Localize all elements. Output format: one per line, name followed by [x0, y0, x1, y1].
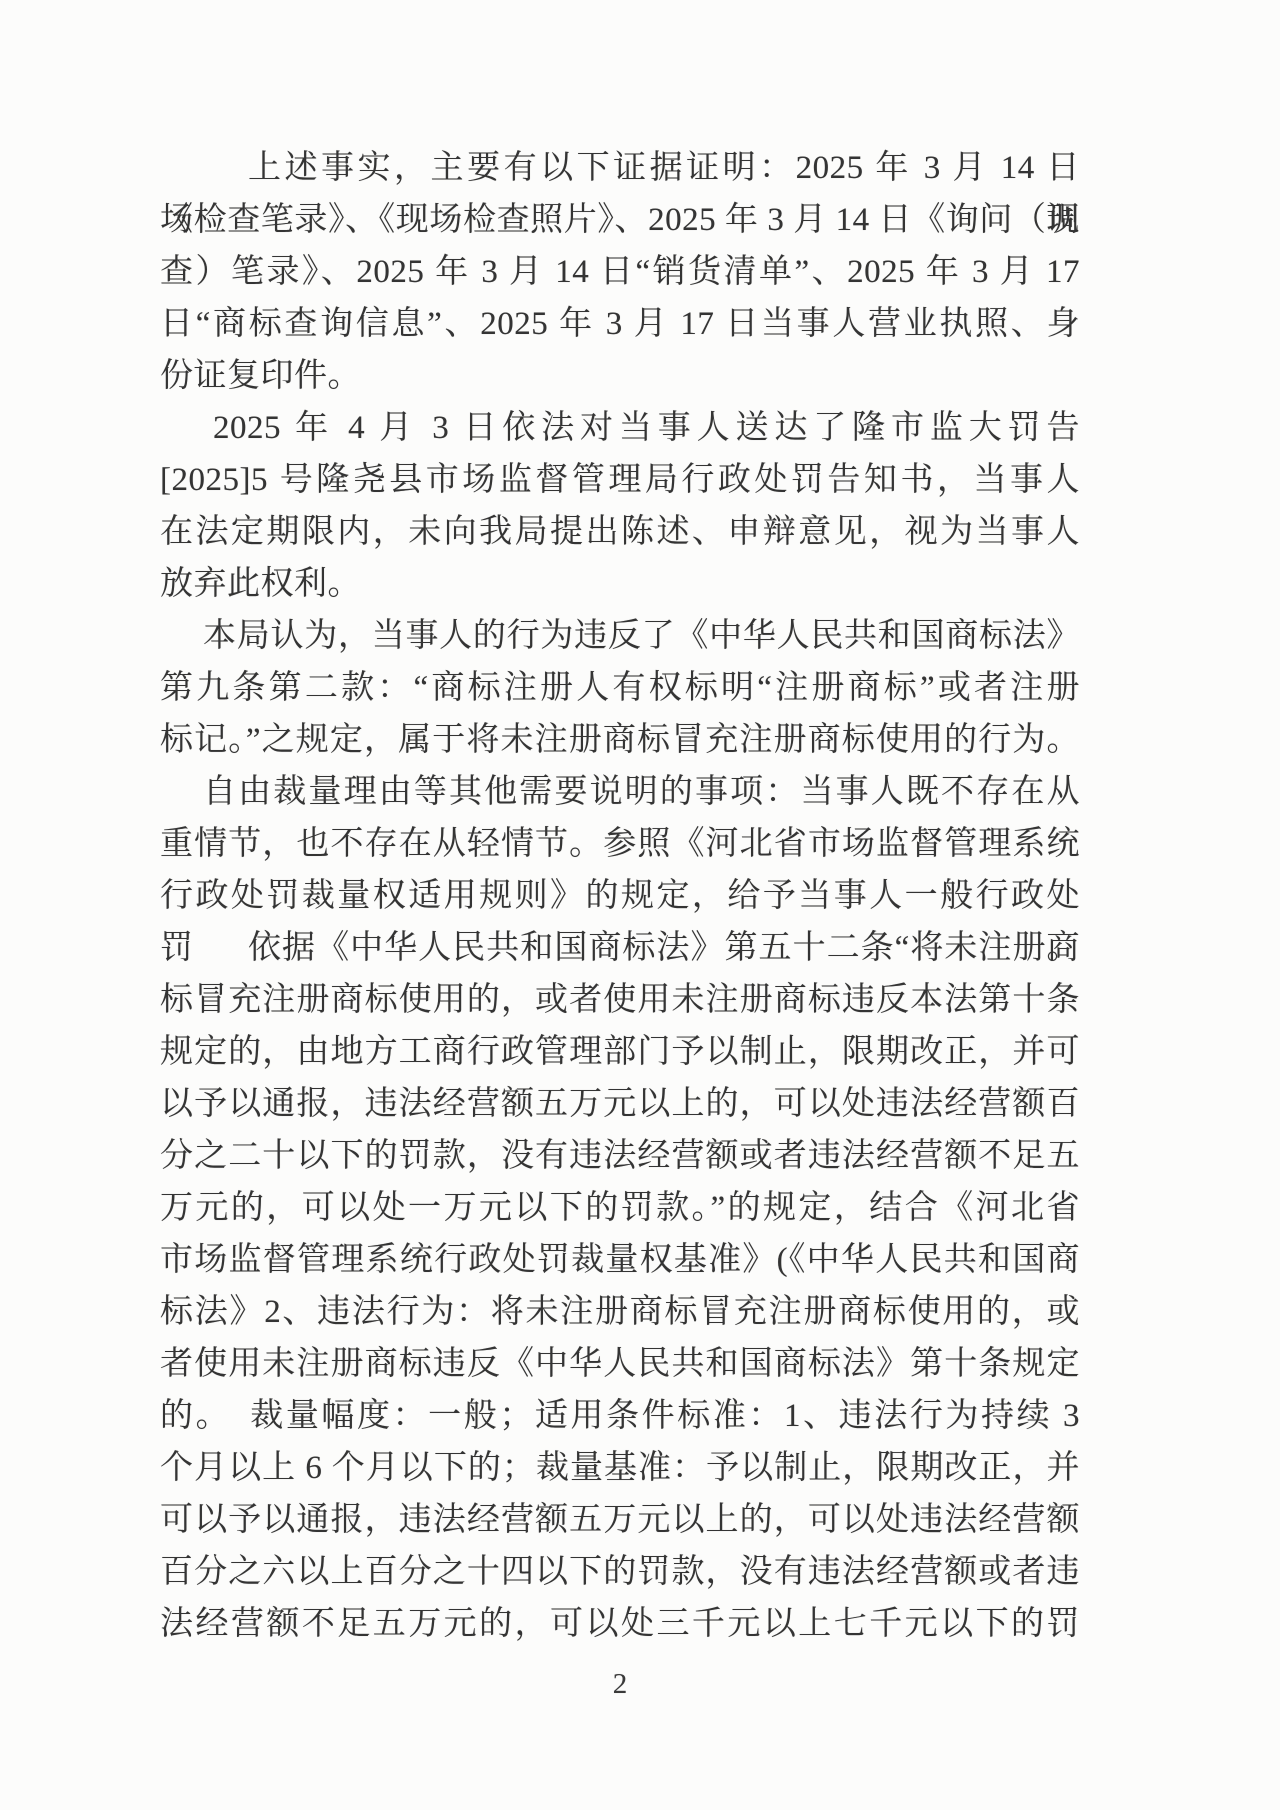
paragraph-notice-service: 2025 年 4 月 3 日依法对当事人送达了隆市监大罚告 [2025]5 号隆…	[160, 402, 1080, 610]
text-line: 查）笔录》、2025 年 3 月 14 日“销货清单”、2025 年 3 月 1…	[160, 246, 1080, 298]
text-line: 份证复印件。	[160, 350, 1080, 402]
text-line: 重情节，也不存在从轻情节。参照《河北省市场监督管理系统	[160, 818, 1080, 870]
text-line: 以予以通报，违法经营额五万元以上的，可以处违法经营额百	[160, 1078, 1080, 1130]
text-line: 放弃此权利。	[160, 558, 1080, 610]
text-line: 标冒充注册商标使用的，或者使用未注册商标违反本法第十条	[160, 974, 1080, 1026]
document-page: 上述事实，主要有以下证据证明：2025 年 3 月 14 日《现 场检查笔录》、…	[0, 0, 1280, 1810]
paragraph-discretion: 自由裁量理由等其他需要说明的事项：当事人既不存在从 重情节，也不存在从轻情节。参…	[160, 766, 1080, 922]
document-body: 上述事实，主要有以下证据证明：2025 年 3 月 14 日《现 场检查笔录》、…	[160, 142, 1080, 1650]
text-line: 日“商标查询信息”、2025 年 3 月 17 日当事人营业执照、身	[160, 298, 1080, 350]
text-line: [2025]5 号隆尧县市场监督管理局行政处罚告知书，当事人	[160, 454, 1080, 506]
text-line: 行政处罚裁量权适用规则》的规定，给予当事人一般行政处罚。	[160, 870, 1080, 922]
text-line: 在法定期限内，未向我局提出陈述、申辩意见，视为当事人	[160, 506, 1080, 558]
text-line: 依据《中华人民共和国商标法》第五十二条“将未注册商	[160, 922, 1080, 974]
text-line: 的。 裁量幅度：一般；适用条件标准：1、违法行为持续 3	[160, 1390, 1080, 1442]
page-number: 2	[160, 1668, 1080, 1701]
text-line: 者使用未注册商标违反《中华人民共和国商标法》第十条规定	[160, 1338, 1080, 1390]
paragraph-bureau-opinion: 本局认为，当事人的行为违反了《中华人民共和国商标法》 第九条第二款：“商标注册人…	[160, 610, 1080, 766]
text-line: 分之二十以下的罚款，没有违法经营额或者违法经营额不足五	[160, 1130, 1080, 1182]
text-line: 市场监督管理系统行政处罚裁量权基准》(《中华人民共和国商	[160, 1234, 1080, 1286]
text-line: 本局认为，当事人的行为违反了《中华人民共和国商标法》	[160, 610, 1080, 662]
text-line: 个月以上 6 个月以下的；裁量基准：予以制止，限期改正，并	[160, 1442, 1080, 1494]
text-line: 上述事实，主要有以下证据证明：2025 年 3 月 14 日《现	[160, 142, 1080, 194]
text-line: 可以予以通报，违法经营额五万元以上的，可以处违法经营额	[160, 1494, 1080, 1546]
text-line: 第九条第二款：“商标注册人有权标明“注册商标”或者注册	[160, 662, 1080, 714]
text-line: 标法》2、违法行为：将未注册商标冒充注册商标使用的，或	[160, 1286, 1080, 1338]
text-line: 自由裁量理由等其他需要说明的事项：当事人既不存在从	[160, 766, 1080, 818]
paragraph-legal-basis: 依据《中华人民共和国商标法》第五十二条“将未注册商 标冒充注册商标使用的，或者使…	[160, 922, 1080, 1650]
text-line: 规定的，由地方工商行政管理部门予以制止，限期改正，并可	[160, 1026, 1080, 1078]
paragraph-evidence: 上述事实，主要有以下证据证明：2025 年 3 月 14 日《现 场检查笔录》、…	[160, 142, 1080, 402]
text-line: 万元的，可以处一万元以下的罚款。”的规定，结合《河北省	[160, 1182, 1080, 1234]
text-line: 标记。”之规定，属于将未注册商标冒充注册商标使用的行为。	[160, 714, 1080, 766]
text-line: 百分之六以上百分之十四以下的罚款，没有违法经营额或者违	[160, 1546, 1080, 1598]
text-line: 场检查笔录》、《现场检查照片》、2025 年 3 月 14 日《询问（调	[160, 194, 1080, 246]
text-line: 2025 年 4 月 3 日依法对当事人送达了隆市监大罚告	[160, 402, 1080, 454]
text-line: 法经营额不足五万元的，可以处三千元以上七千元以下的罚	[160, 1598, 1080, 1650]
